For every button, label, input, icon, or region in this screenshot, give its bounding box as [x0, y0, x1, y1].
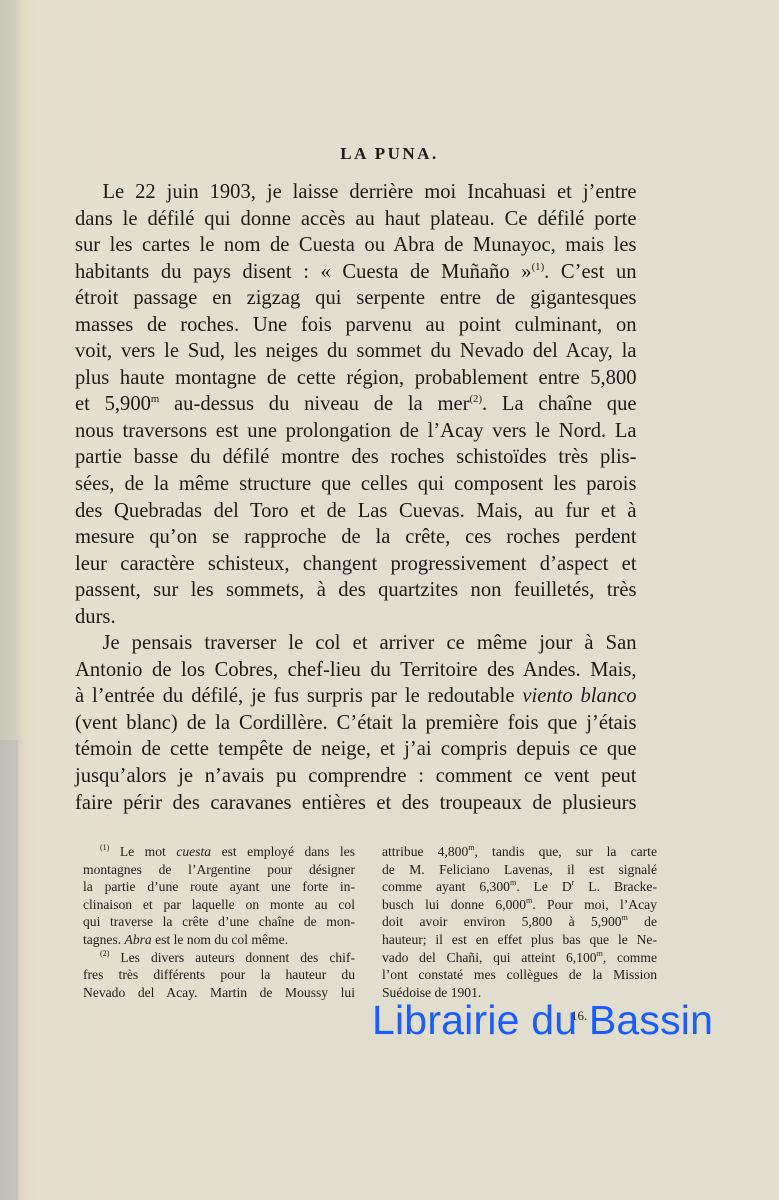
- footnote-line: busch lui donne 6,000m. Pour moi, l’Acay: [382, 896, 657, 914]
- footnotes-right-column: attribue 4,800m, tandis que, sur la cart…: [382, 843, 657, 1001]
- text-line: Le 22 juin 1903, je laisse derrière moi …: [75, 178, 637, 205]
- footnote-line: hauteur; il est en effet plus bas que le…: [382, 931, 657, 949]
- text-line: Je pensais traverser le col et arriver c…: [75, 629, 637, 656]
- footnote-line: comme ayant 6,300m. Le Dr L. Bracke-: [382, 878, 657, 896]
- text-line: nous traversons est une prolongation de …: [75, 417, 637, 444]
- text-line: mesure qu’on se rapproche de la crête, c…: [75, 523, 637, 550]
- footnote-line: fres très différents pour la hauteur du: [83, 966, 355, 984]
- italic-term: viento blanco: [522, 683, 636, 707]
- text-line: témoin de cette tempête de neige, et j’a…: [75, 735, 637, 762]
- footnote-ref-2[interactable]: (2): [469, 393, 482, 405]
- text-line: faire périr des caravanes entières et de…: [75, 789, 637, 816]
- text-line: passent, sur les sommets, à des quartzit…: [75, 576, 637, 603]
- text-line: des Quebradas del Toro et de Las Cuevas.…: [75, 497, 637, 524]
- text-line: partie basse du défilé montre des roches…: [75, 443, 637, 470]
- text-line: leur caractère schisteux, changent progr…: [75, 550, 637, 577]
- text-line: (vent blanc) de la Cordillère. C’était l…: [75, 709, 637, 736]
- text-line: habitants du pays disent : « Cuesta de M…: [75, 258, 637, 285]
- footnote-line: attribue 4,800m, tandis que, sur la cart…: [382, 843, 657, 861]
- text-line: sur les cartes le nom de Cuesta ou Abra …: [75, 231, 637, 258]
- text-line: sées, de la même structure que celles qu…: [75, 470, 637, 497]
- text-line: Antonio de los Cobres, chef-lieu du Terr…: [75, 656, 637, 683]
- running-head: LA PUNA.: [0, 144, 779, 164]
- footnote-line: la partie d’une route ayant une forte in…: [83, 878, 355, 896]
- text-line: jusqu’alors je n’avais pu comprendre : c…: [75, 762, 637, 789]
- footnote-line: doit avoir environ 5,800 à 5,900m de: [382, 913, 657, 931]
- text-line: voit, vers le Sud, les neiges du sommet …: [75, 337, 637, 364]
- footnote-line: qui traverse la crête d’une chaîne de mo…: [83, 913, 355, 931]
- footnote-2: (2) Les divers auteurs donnent des chif-: [83, 949, 355, 967]
- text-line: durs.: [75, 603, 637, 630]
- footnote-line: de M. Feliciano Lavenas, il est signalé: [382, 861, 657, 879]
- text-line: dans le défilé qui donne accès au haut p…: [75, 205, 637, 232]
- footnote-ref-1[interactable]: (1): [532, 261, 545, 273]
- text-line: masses de roches. Une fois parvenu au po…: [75, 311, 637, 338]
- text-line: étroit passage en zigzag qui serpente en…: [75, 284, 637, 311]
- footnote-line: tagnes. Abra est le nom du col même.: [83, 931, 355, 949]
- text-line: plus haute montagne de cette région, pro…: [75, 364, 637, 391]
- watermark-text: Librairie du Bassin: [372, 997, 713, 1044]
- footnote-line: vado del Chañi, qui atteint 6,100m, comm…: [382, 949, 657, 967]
- footnote-1: (1) Le mot cuesta est employé dans les: [83, 843, 355, 861]
- text-line: à l’entrée du défilé, je fus surpris par…: [75, 682, 637, 709]
- text-line: et 5,900m au-dessus du niveau de la mer(…: [75, 390, 637, 417]
- footnote-line: l’ont constaté mes collègues de la Missi…: [382, 966, 657, 984]
- book-gutter-shadow: [0, 740, 18, 1200]
- book-page: LA PUNA. Le 22 juin 1903, je laisse derr…: [0, 0, 779, 1200]
- main-text: Le 22 juin 1903, je laisse derrière moi …: [75, 178, 637, 815]
- footnote-line: clinaison et par laquelle on monte au co…: [83, 896, 355, 914]
- footnotes-left-column: (1) Le mot cuesta est employé dans les m…: [83, 843, 355, 1001]
- footnote-line: montagnes de l’Argentine pour désigner: [83, 861, 355, 879]
- footnote-line: Nevado del Acay. Martin de Moussy lui: [83, 984, 355, 1002]
